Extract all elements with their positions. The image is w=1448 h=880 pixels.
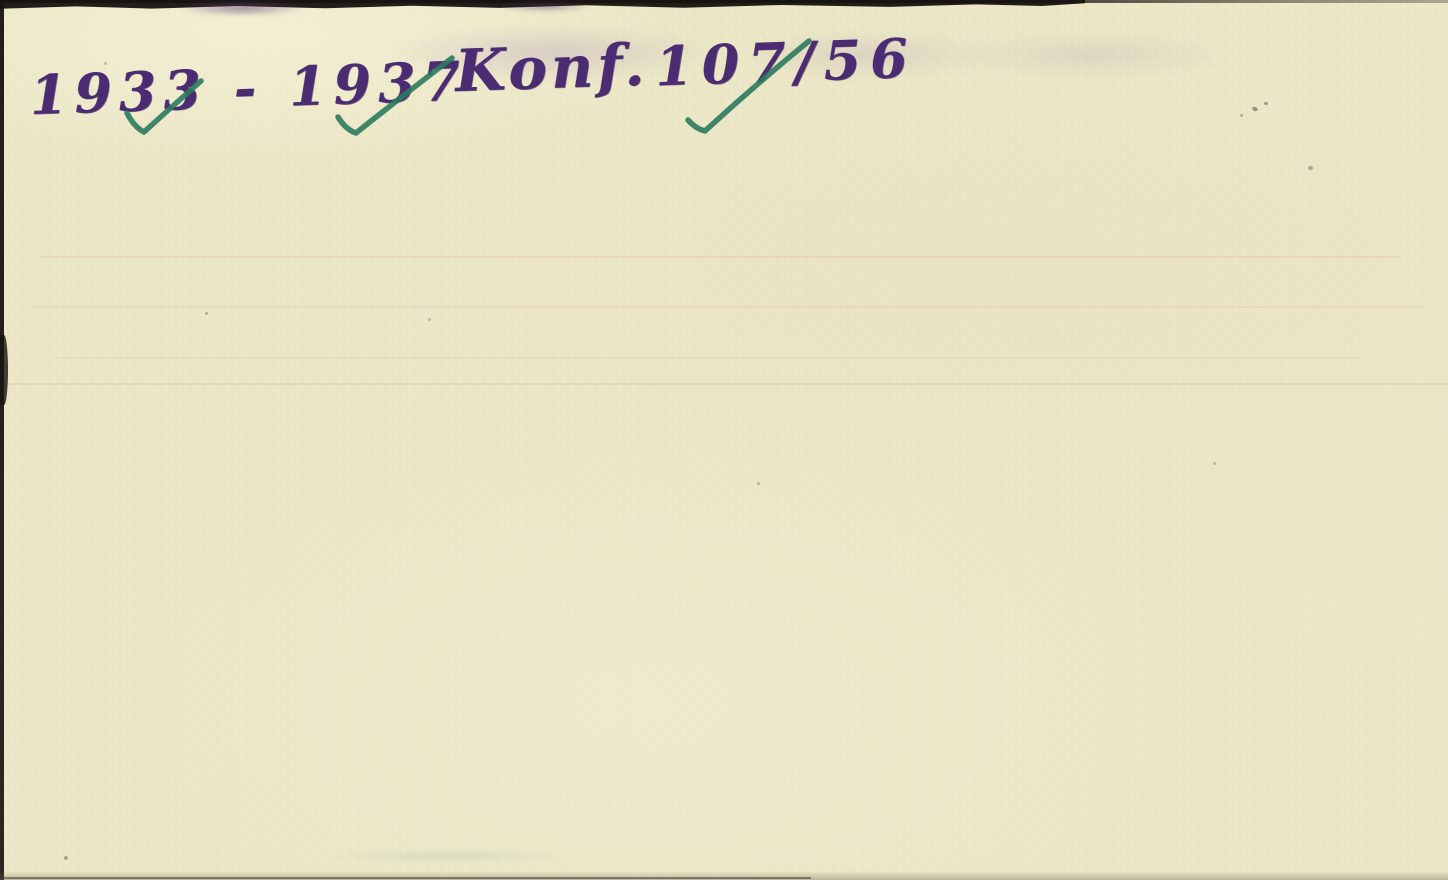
scanner-smudge	[335, 850, 565, 862]
year-range-text: 1933 - 1937	[29, 49, 468, 127]
paper-speck-9	[1213, 462, 1216, 465]
paper-speck-4	[1308, 166, 1313, 170]
scan-edge-bottom-line	[0, 877, 811, 879]
paper-speck-2	[1264, 102, 1268, 105]
paper-speck-8	[64, 856, 68, 860]
ruled-line-2	[30, 306, 1420, 308]
scanned-document: 1933 - 1937 Konf. 107/56	[0, 0, 1448, 880]
ruled-line-3	[60, 357, 1360, 359]
handwritten-line: 1933 - 1937 Konf. 107/56	[26, 13, 950, 173]
index-card: 1933 - 1937 Konf. 107/56	[0, 0, 1448, 880]
paper-speck-1	[1251, 106, 1258, 112]
top-edge-ink-blob-1	[182, 0, 302, 16]
konf-abbreviation-text: Konf.	[454, 31, 649, 105]
paper-crease	[0, 383, 1448, 385]
reference-number-text: 107/56	[654, 26, 918, 99]
paper-speck-3	[1240, 114, 1243, 117]
ink-bleed-smudge-3	[950, 32, 1230, 78]
top-edge-ink-blob-2	[500, 0, 590, 12]
scan-edge-left	[0, 0, 4, 880]
paper-speck-7	[757, 482, 760, 485]
ruled-line-1	[40, 256, 1400, 258]
paper-speck-5	[205, 312, 208, 315]
scan-edge-left-bump	[0, 335, 8, 405]
paper-speck-6	[428, 318, 431, 321]
